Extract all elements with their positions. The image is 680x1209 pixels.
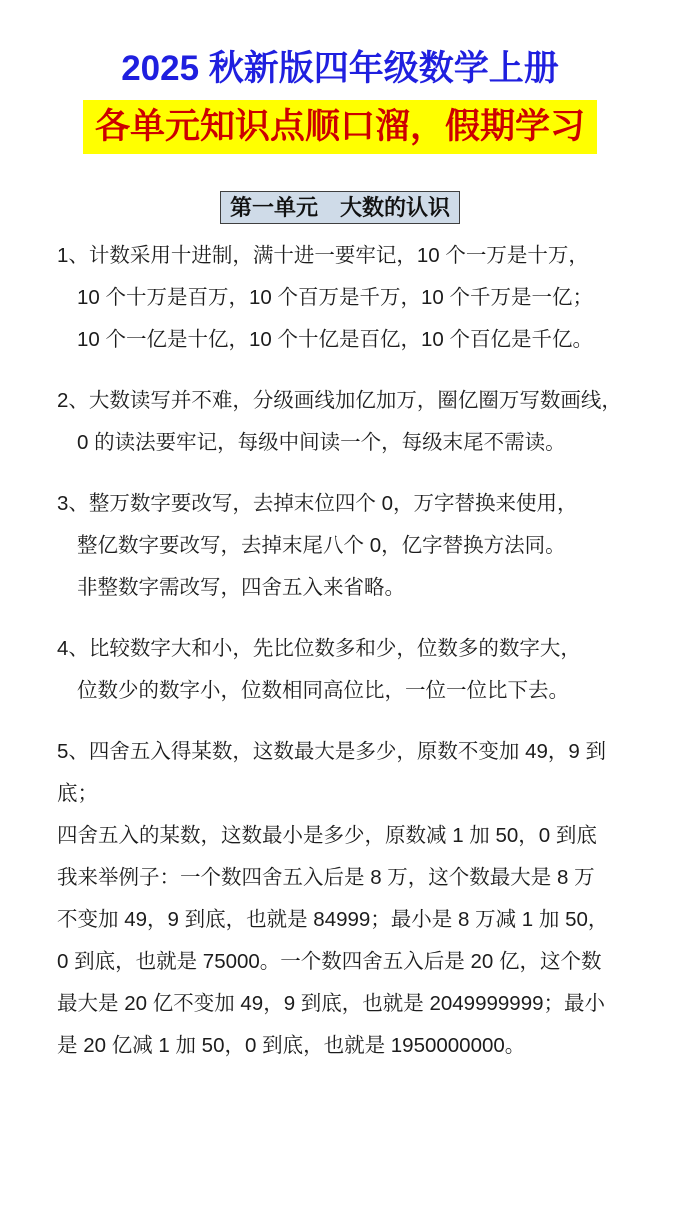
text-line: 10 个一亿是十亿，10 个十亿是百亿，10 个百亿是千亿。	[57, 319, 630, 361]
text-line: 四舍五入的某数，这数最小是多少，原数减 1 加 50，0 到底	[57, 815, 630, 857]
text-line: 0 到底，也就是 75000。一个数四舍五入后是 20 亿，这个数	[57, 941, 630, 983]
text-line: 2、大数读写并不难，分级画线加亿加万，圈亿圈万写数画线，	[57, 380, 630, 422]
unit-heading-row: 第一单元 大数的认识	[0, 191, 680, 224]
text-line: 我来举例子：一个数四舍五入后是 8 万，这个数最大是 8 万	[57, 857, 630, 899]
text-line: 不变加 49，9 到底，也就是 84999；最小是 8 万减 1 加 50，	[57, 899, 630, 941]
text-line: 3、整万数字要改写，去掉末位四个 0，万字替换来使用，	[57, 483, 630, 525]
document-body: 1、计数采用十进制，满十进一要牢记，10 个一万是十万， 10 个十万是百万，1…	[0, 235, 680, 1067]
text-line: 1、计数采用十进制，满十进一要牢记，10 个一万是十万，	[57, 235, 630, 277]
text-line: 底；	[57, 773, 630, 815]
text-line: 5、四舍五入得某数，这数最大是多少，原数不变加 49，9 到	[57, 731, 630, 773]
text-line: 10 个十万是百万，10 个百万是千万，10 个千万是一亿；	[57, 277, 630, 319]
knowledge-point-1: 1、计数采用十进制，满十进一要牢记，10 个一万是十万， 10 个十万是百万，1…	[57, 235, 630, 361]
knowledge-point-2: 2、大数读写并不难，分级画线加亿加万，圈亿圈万写数画线， 0 的读法要牢记，每级…	[57, 380, 630, 464]
document-title: 2025 秋新版四年级数学上册	[0, 46, 680, 92]
knowledge-point-3: 3、整万数字要改写，去掉末位四个 0，万字替换来使用， 整亿数字要改写，去掉末尾…	[57, 483, 630, 609]
knowledge-point-5: 5、四舍五入得某数，这数最大是多少，原数不变加 49，9 到 底； 四舍五入的某…	[57, 731, 630, 1067]
unit-heading: 第一单元 大数的认识	[220, 191, 460, 224]
text-line: 位数少的数字小，位数相同高位比，一位一位比下去。	[57, 670, 630, 712]
text-line: 最大是 20 亿不变加 49，9 到底，也就是 2049999999；最小	[57, 983, 630, 1025]
text-line: 是 20 亿减 1 加 50，0 到底，也就是 1950000000。	[57, 1025, 630, 1067]
text-line: 非整数字需改写，四舍五入来省略。	[57, 567, 630, 609]
text-line: 整亿数字要改写，去掉末尾八个 0，亿字替换方法同。	[57, 525, 630, 567]
subtitle-row: 各单元知识点顺口溜，假期学习	[0, 100, 680, 154]
document-subtitle-highlighted: 各单元知识点顺口溜，假期学习	[83, 100, 597, 154]
text-line: 0 的读法要牢记，每级中间读一个，每级末尾不需读。	[57, 422, 630, 464]
document-page: 2025 秋新版四年级数学上册 各单元知识点顺口溜，假期学习 第一单元 大数的认…	[0, 0, 680, 1209]
text-line: 4、比较数字大和小，先比位数多和少，位数多的数字大，	[57, 628, 630, 670]
knowledge-point-4: 4、比较数字大和小，先比位数多和少，位数多的数字大， 位数少的数字小，位数相同高…	[57, 628, 630, 712]
